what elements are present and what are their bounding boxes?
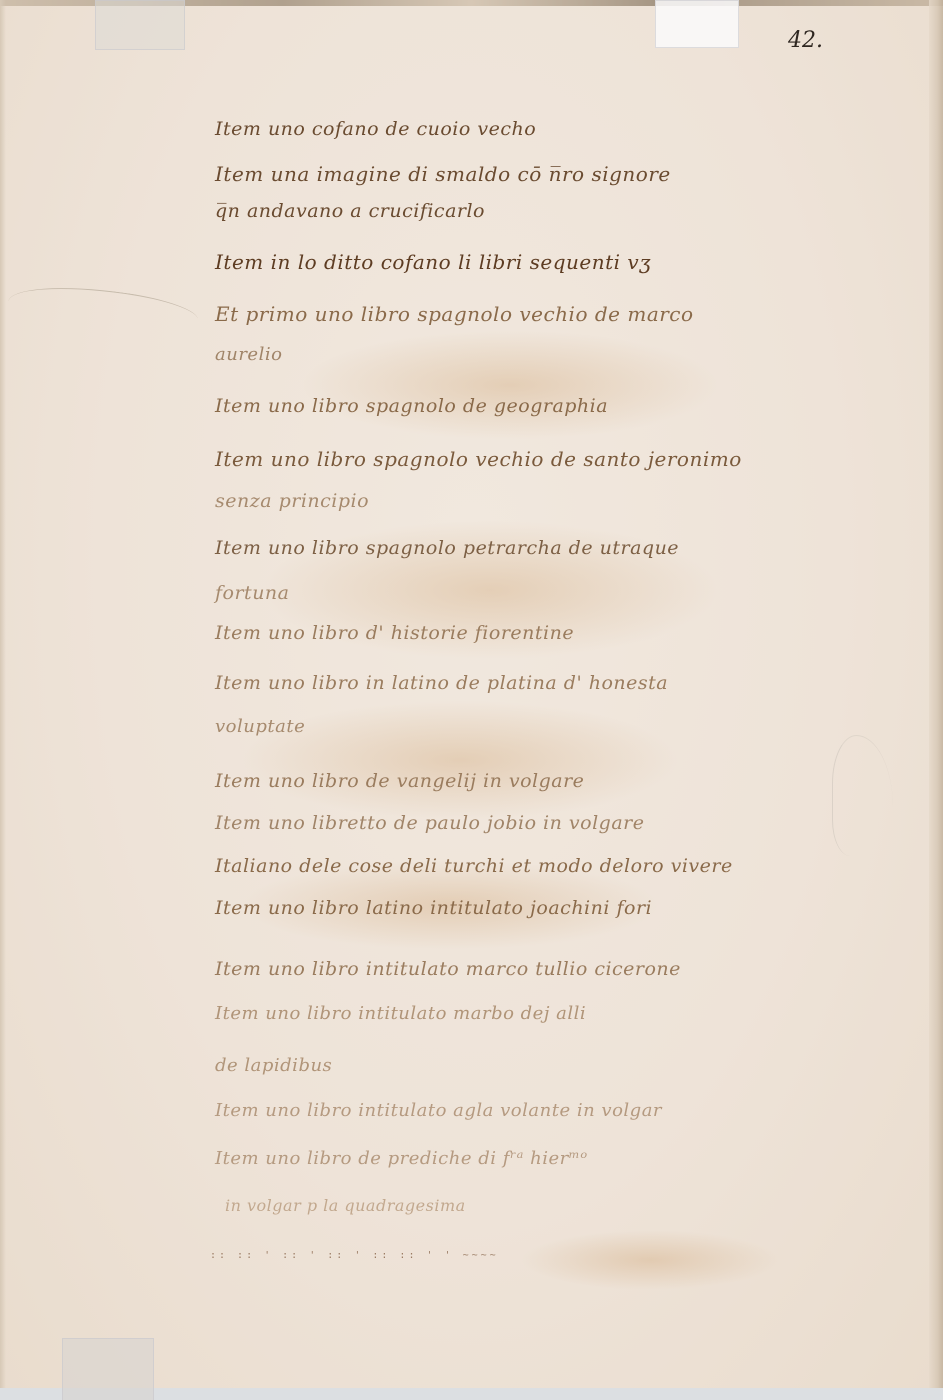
page-right-edge	[929, 0, 943, 1400]
manuscript-line: Et primo uno libro spagnolo vechio de ma…	[215, 302, 694, 326]
manuscript-line: Item uno cofano de cuoio vecho	[215, 118, 536, 140]
manuscript-line: Item uno libro spagnolo petrarcha de utr…	[215, 537, 679, 559]
manuscript-line: Item uno libro spagnolo vechio de santo …	[215, 447, 742, 471]
manuscript-line: Item uno libro in latino de platina d' h…	[215, 672, 668, 694]
tape-strip-bottom-left	[62, 1338, 154, 1400]
manuscript-line: Item uno libro spagnolo de geographia	[215, 395, 608, 417]
page-left-edge	[0, 0, 6, 1400]
manuscript-line: Item uno libro de vangelij in volgare	[215, 770, 584, 792]
water-stain	[520, 1230, 780, 1290]
water-stain	[300, 330, 720, 440]
folio-number: 42.	[788, 28, 823, 53]
tape-strip-top-left	[95, 0, 185, 50]
manuscript-line: voluptate	[215, 716, 305, 737]
manuscript-line: Item uno libro intitulato marbo dej alli	[215, 1003, 586, 1024]
illegible-ink-trace: :: :: ' :: ' :: ' :: :: ' ' ~~~~	[210, 1250, 499, 1261]
manuscript-line: Item in lo ditto cofano li libri sequent…	[215, 250, 651, 274]
water-stain	[240, 700, 680, 820]
faint-pencil-sketch	[832, 735, 893, 856]
manuscript-line: Item una imagine di smaldo cō n̅ro signo…	[215, 162, 671, 186]
manuscript-line: Item uno libro latino intitulato joachin…	[215, 897, 652, 919]
manuscript-line: Item uno libro d' historie fiorentine	[215, 622, 574, 644]
paper-tear-line	[6, 277, 200, 344]
manuscript-line: Item uno libro intitulato marco tullio c…	[215, 958, 681, 980]
tape-strip-top-right	[655, 0, 739, 48]
manuscript-page: 42. Item uno cofano de cuoio vechoItem u…	[0, 0, 943, 1400]
manuscript-line: de lapidibus	[215, 1055, 332, 1076]
manuscript-line: Italiano dele cose deli turchi et modo d…	[215, 855, 733, 877]
manuscript-line: aurelio	[215, 344, 282, 365]
manuscript-line: fortuna	[215, 582, 290, 604]
manuscript-line: q̅n andavano a crucificarlo	[215, 200, 485, 222]
manuscript-line: Item uno libro de prediche di fʳᵃ hierᵐᵒ	[215, 1148, 588, 1169]
manuscript-line: in volgar p la quadragesima	[225, 1196, 466, 1215]
manuscript-line: senza principio	[215, 490, 369, 512]
manuscript-line: Item uno libretto de paulo jobio in volg…	[215, 812, 644, 834]
manuscript-line: Item uno libro intitulato agla volante i…	[215, 1100, 662, 1121]
